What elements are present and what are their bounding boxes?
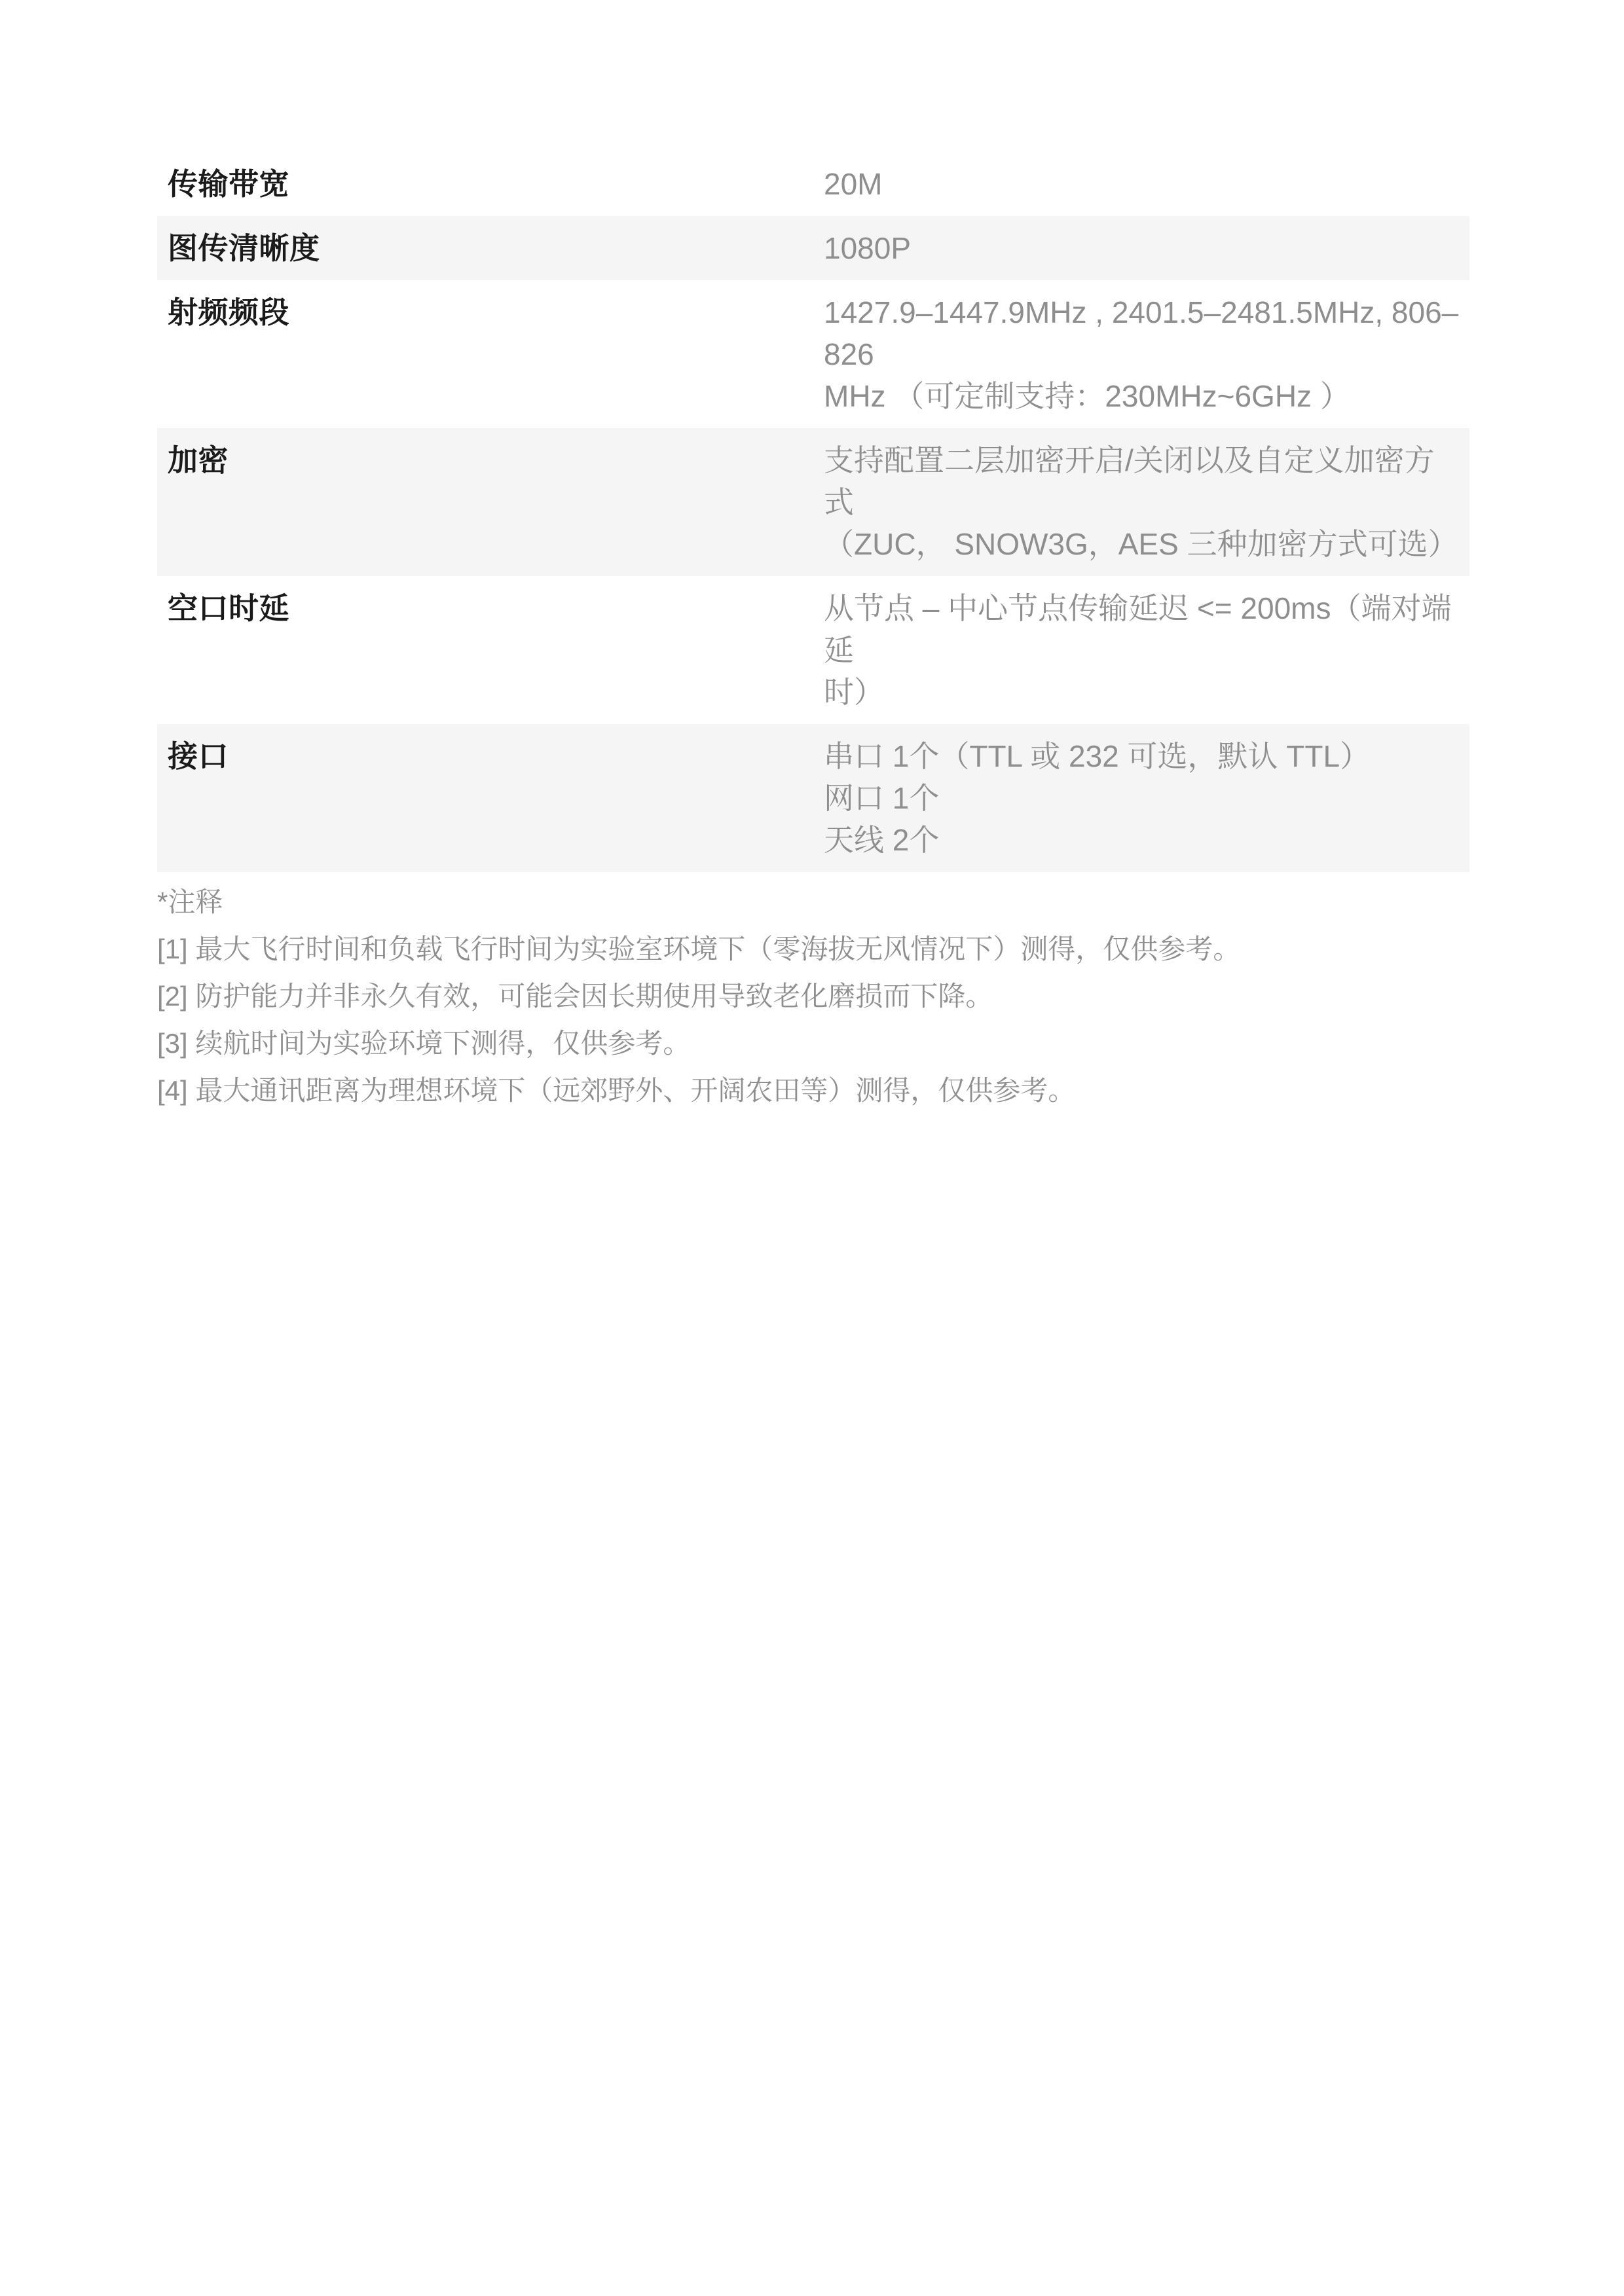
spec-label: 空口时延 bbox=[157, 576, 824, 640]
spec-page: 传输带宽 20M 图传清晰度 1080P 射频频段 1427.9–1447.9M… bbox=[0, 0, 1624, 2296]
spec-table: 传输带宽 20M 图传清晰度 1080P 射频频段 1427.9–1447.9M… bbox=[157, 152, 1469, 872]
spec-label: 图传清晰度 bbox=[157, 216, 824, 280]
spec-value-line: 网口 1个 bbox=[824, 777, 1459, 819]
spec-row-rf-band: 射频频段 1427.9–1447.9MHz , 2401.5–2481.5MHz… bbox=[157, 280, 1469, 428]
footnote-3: [3] 续航时间为实验环境下测得，仅供参考。 bbox=[157, 1020, 1401, 1067]
footnote-1: [1] 最大飞行时间和负载飞行时间为实验室环境下（零海拔无风情况下）测得，仅供参… bbox=[157, 926, 1401, 973]
spec-label: 接口 bbox=[157, 724, 824, 788]
spec-value: 串口 1个（TTL 或 232 可选，默认 TTL） 网口 1个 天线 2个 bbox=[824, 724, 1469, 872]
footnote-4: [4] 最大通讯距离为理想环境下（远郊野外、开阔农田等）测得，仅供参考。 bbox=[157, 1067, 1401, 1114]
spec-row-encryption: 加密 支持配置二层加密开启/关闭以及自定义加密方式 （ZUC， SNOW3G，A… bbox=[157, 428, 1469, 576]
spec-value-line: 时） bbox=[824, 671, 1459, 713]
spec-row-video-resolution: 图传清晰度 1080P bbox=[157, 216, 1469, 280]
spec-value-line: 串口 1个（TTL 或 232 可选，默认 TTL） bbox=[824, 735, 1459, 777]
spec-label: 射频频段 bbox=[157, 280, 824, 344]
spec-value: 支持配置二层加密开启/关闭以及自定义加密方式 （ZUC， SNOW3G，AES … bbox=[824, 428, 1469, 576]
footnote-2: [2] 防护能力并非永久有效，可能会因长期使用导致老化磨损而下降。 bbox=[157, 973, 1401, 1020]
spec-row-air-latency: 空口时延 从节点 – 中心节点传输延迟 <= 200ms（端对端延 时） bbox=[157, 576, 1469, 724]
spec-value-line: 天线 2个 bbox=[824, 819, 1459, 861]
spec-value: 20M bbox=[824, 152, 1469, 216]
spec-value-line: 1427.9–1447.9MHz , 2401.5–2481.5MHz, 806… bbox=[824, 291, 1459, 375]
spec-value-line: 支持配置二层加密开启/关闭以及自定义加密方式 bbox=[824, 439, 1459, 523]
spec-value-line: 1080P bbox=[824, 227, 1459, 269]
spec-label: 传输带宽 bbox=[157, 152, 824, 216]
spec-label: 加密 bbox=[157, 428, 824, 492]
spec-row-transmission-bandwidth: 传输带宽 20M bbox=[157, 152, 1469, 216]
spec-value: 1080P bbox=[824, 216, 1469, 280]
spec-value-line: MHz （可定制支持：230MHz~6GHz ） bbox=[824, 375, 1459, 417]
spec-value: 1427.9–1447.9MHz , 2401.5–2481.5MHz, 806… bbox=[824, 280, 1469, 428]
spec-value-line: 从节点 – 中心节点传输延迟 <= 200ms（端对端延 bbox=[824, 587, 1459, 671]
footnotes: *注释 [1] 最大飞行时间和负载飞行时间为实验室环境下（零海拔无风情况下）测得… bbox=[157, 879, 1401, 1114]
spec-value-line: （ZUC， SNOW3G，AES 三种加密方式可选） bbox=[824, 523, 1459, 565]
spec-value: 从节点 – 中心节点传输延迟 <= 200ms（端对端延 时） bbox=[824, 576, 1469, 724]
footnotes-title: *注释 bbox=[157, 879, 1401, 926]
spec-value-line: 20M bbox=[824, 163, 1459, 205]
spec-row-interfaces: 接口 串口 1个（TTL 或 232 可选，默认 TTL） 网口 1个 天线 2… bbox=[157, 724, 1469, 872]
